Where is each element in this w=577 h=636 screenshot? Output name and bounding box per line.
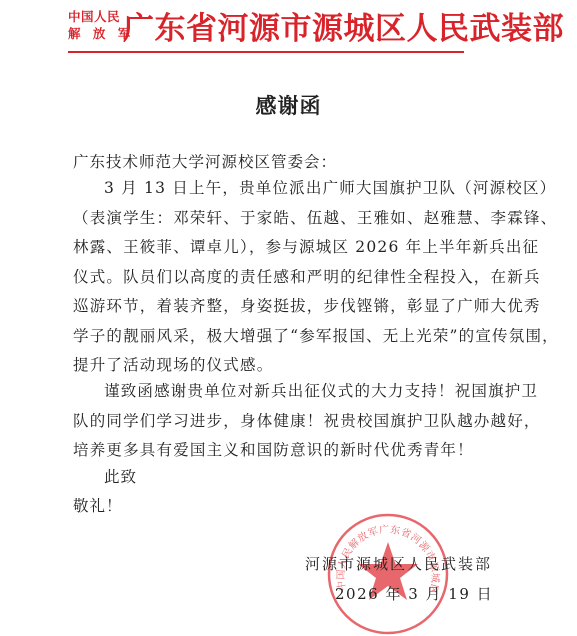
- closing-salutation: 此致: [104, 465, 137, 487]
- letterhead-org-name: 广东省河源市源城区人民武装部: [123, 10, 564, 48]
- paragraph-line: 林露、王筱菲、谭卓儿），参与源城区 2026 年上半年新兵出征: [73, 233, 483, 263]
- addressee: 广东技术师范大学河源校区管委会：: [73, 150, 337, 172]
- paragraph-line: 巡游环节，着装齐整，身姿挺拔，步伐铿锵，彰显了广师大优秀: [73, 292, 483, 322]
- letterhead: 中国人民 解 放 军 广东省河源市源城区人民武装部: [0, 0, 577, 60]
- paragraph-2: 谨致函感谢贵单位对新兵出征仪式的大力支持！祝国旗护卫 队的同学们学习进步，身体健…: [73, 377, 483, 466]
- document-title: 感谢函: [0, 90, 577, 120]
- official-seal: 中国人民解放军广东省河源市源城区人民武装部: [326, 512, 450, 636]
- signature-date: 2026 年 3 月 19 日: [335, 583, 493, 604]
- paragraph-line: 队的同学们学习进步，身体健康！祝贵校国旗护卫队越办越好，: [73, 407, 483, 437]
- paragraph-line: 培养更多具有爱国主义和国防意识的新时代优秀青年！: [73, 436, 483, 466]
- paragraph-line: （表演学生：邓荣轩、于家皓、伍越、王雅如、赵雅慧、李霖锋、: [73, 204, 483, 234]
- paragraph-1: 3 月 13 日上午，贵单位派出广师大国旗护卫队（河源校区） （表演学生：邓荣轩…: [73, 174, 483, 381]
- signature-organization: 河源市源城区人民武装部: [305, 553, 492, 574]
- paragraph-line: 谨致函感谢贵单位对新兵出征仪式的大力支持！祝国旗护卫: [73, 377, 483, 407]
- letterhead-divider: [68, 51, 464, 53]
- paragraph-line: 3 月 13 日上午，贵单位派出广师大国旗护卫队（河源校区）: [73, 174, 483, 204]
- paragraph-line: 学子的靓丽风采，极大增强了“参军报国、无上光荣”的宣传氛围，: [73, 322, 483, 352]
- paragraph-line: 仪式。队员们以高度的责任感和严明的纪律性全程投入，在新兵: [73, 263, 483, 293]
- closing-regards: 敬礼！: [73, 494, 123, 516]
